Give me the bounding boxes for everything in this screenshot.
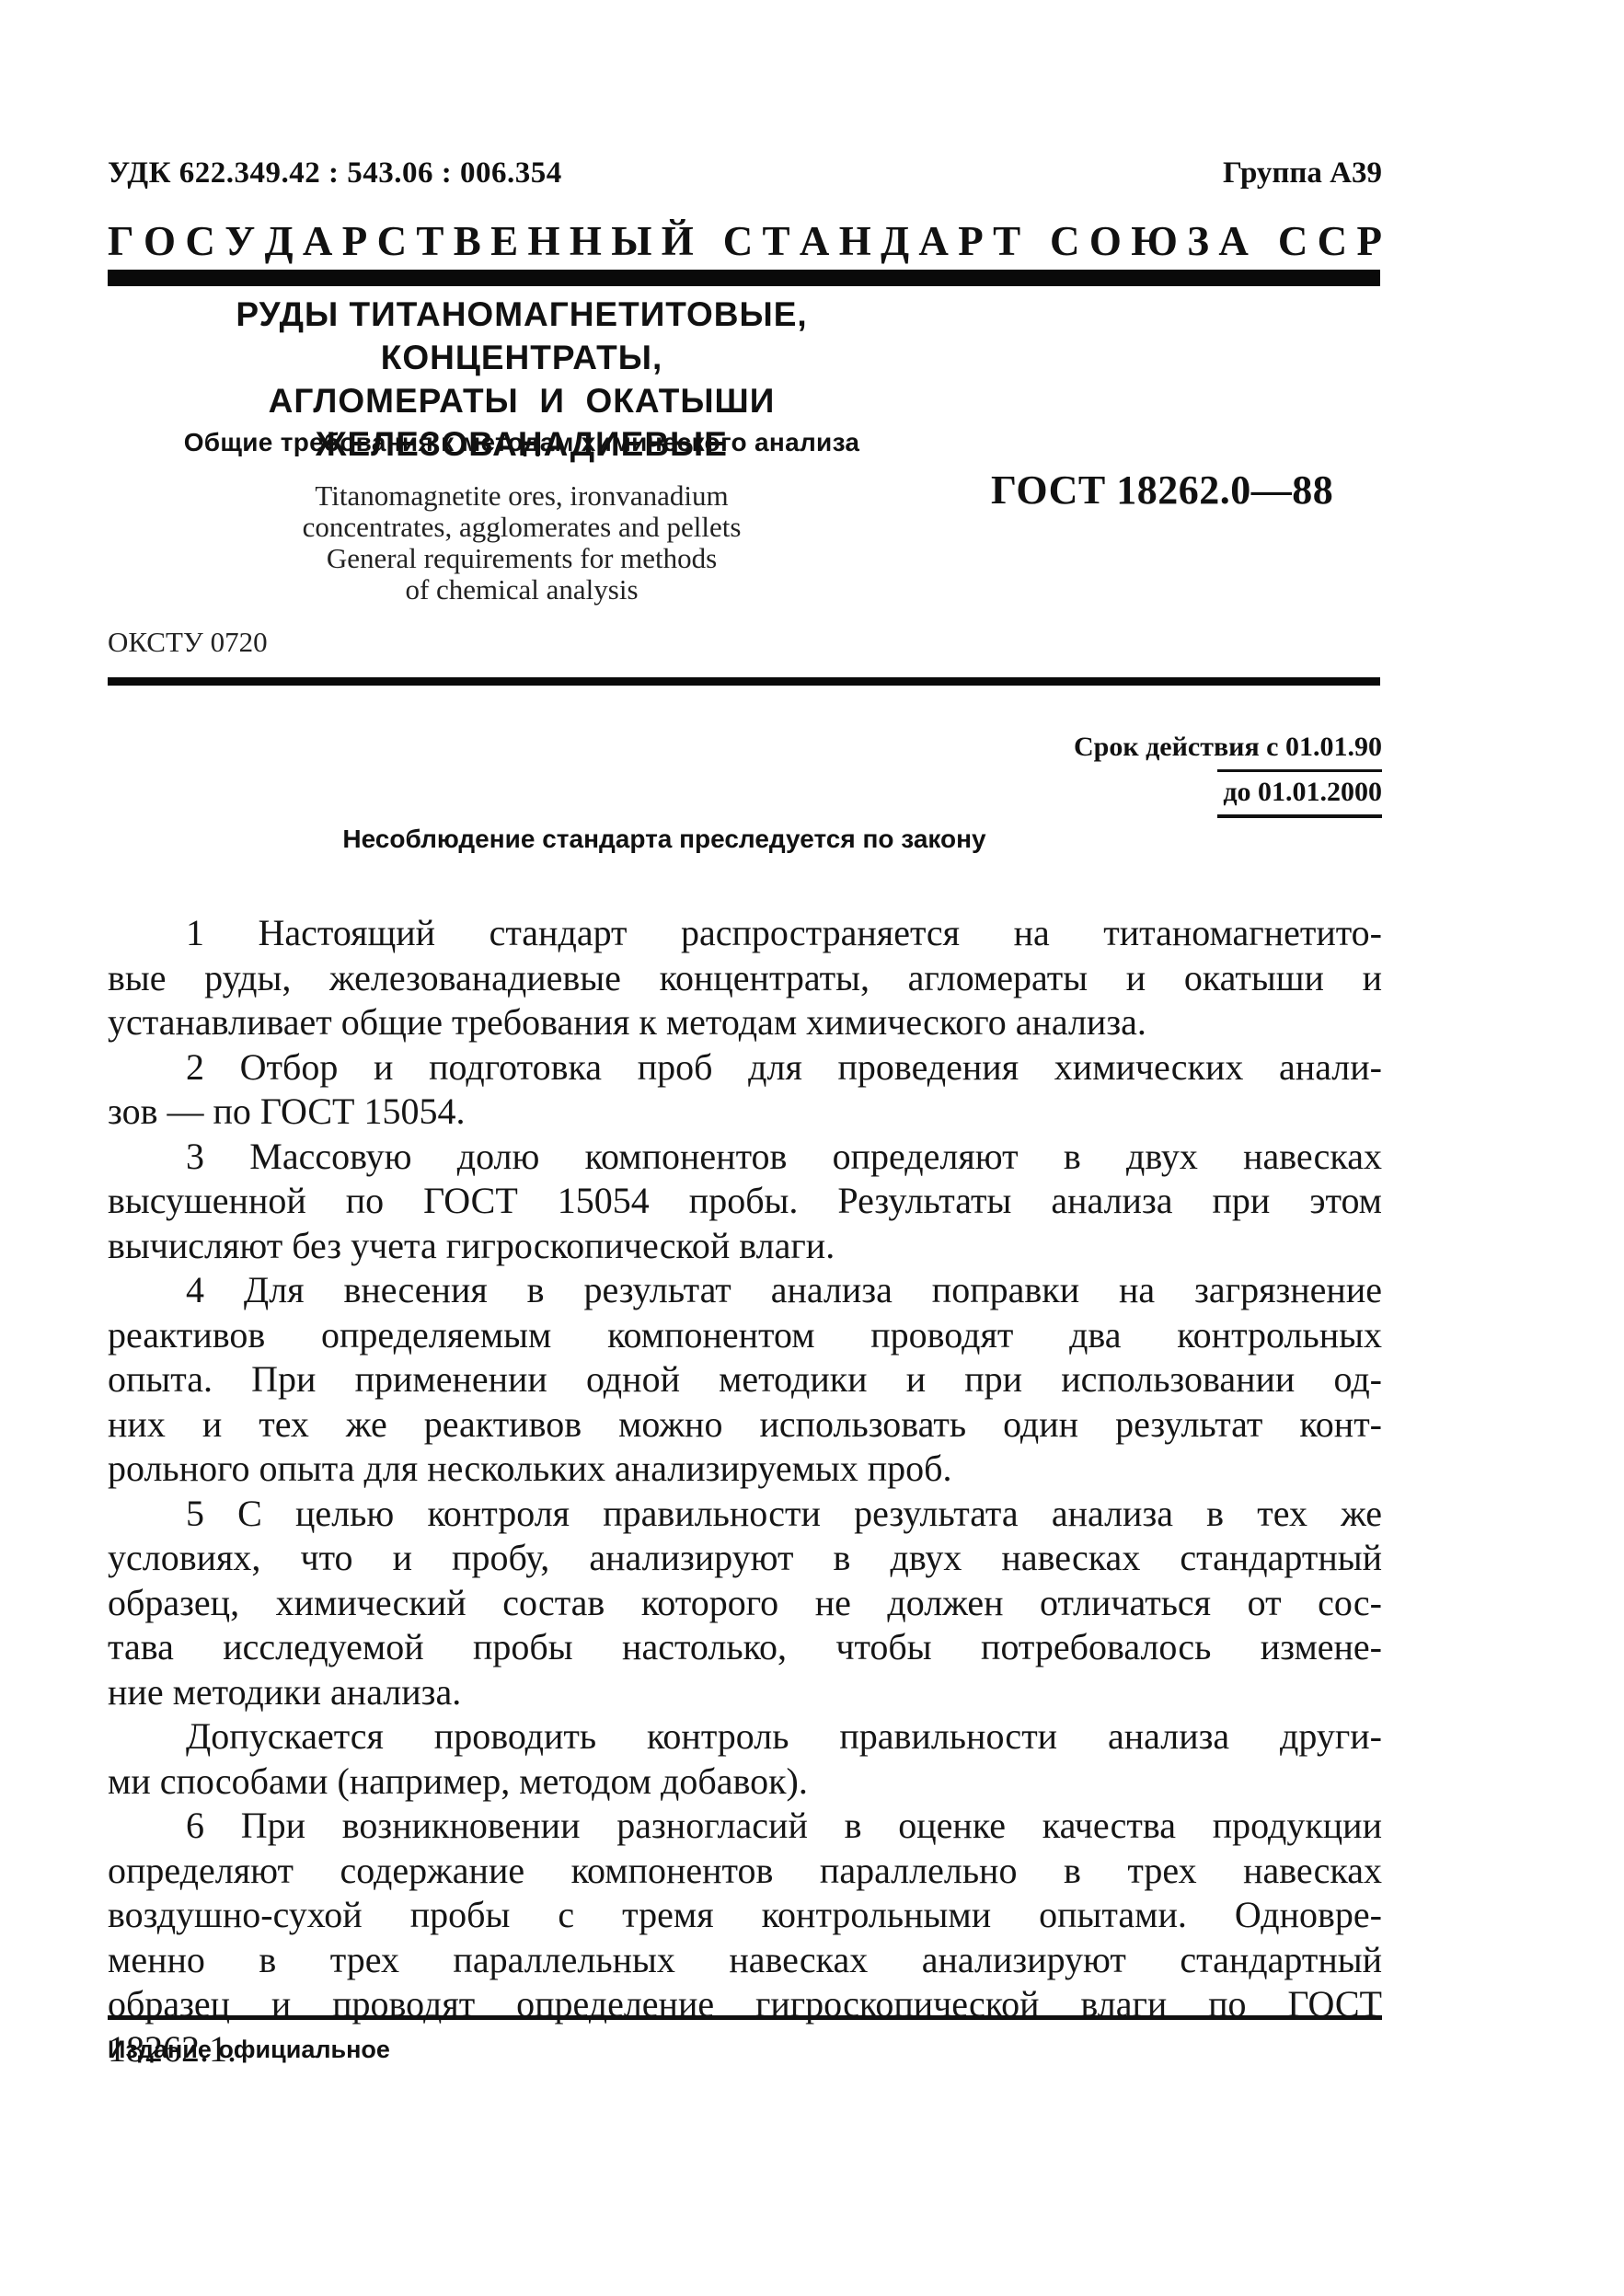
body-line: 2 Отбор и подготовка проб для проведения…	[108, 1045, 1382, 1090]
heading-letter	[703, 217, 713, 265]
english-title-line: of chemical analysis	[108, 574, 936, 606]
heading-letter: З	[1187, 217, 1209, 265]
body-line: менно в трех параллельных навесках анали…	[108, 1938, 1382, 1983]
body-line: рольного опыта для нескольких анализируе…	[108, 1447, 1382, 1492]
state-standard-heading: ГОСУДАРСТВЕННЫЙ СТАНДАРТ СОЮЗА ССР	[108, 217, 1382, 265]
heading-letter: Е	[490, 217, 518, 265]
body-line: 3 Массовую долю компонентов определяют в…	[108, 1135, 1382, 1180]
body-paragraph: 5 С целью контроля правильности результа…	[108, 1492, 1382, 1715]
bottom-rule	[108, 2015, 1382, 2020]
english-title: Titanomagnetite ores, ironvanadium conce…	[108, 480, 936, 606]
heading-letter: А	[303, 217, 333, 265]
body-line: опыта. При применении одной методики и п…	[108, 1357, 1382, 1402]
legal-notice: Несоблюдение стандарта преследуется по з…	[108, 825, 1221, 854]
gost-number: ГОСТ 18262.0—88	[991, 467, 1333, 513]
heading-letter: С	[377, 217, 408, 265]
heading-letter: А	[918, 217, 949, 265]
body-paragraph: Допускается проводить контроль правильно…	[108, 1714, 1382, 1804]
heading-letter: С	[1050, 217, 1080, 265]
okstu-code: ОКСТУ 0720	[108, 626, 268, 659]
heading-letter: Д	[881, 217, 909, 265]
body-line: образец и проводят определение гигроскоп…	[108, 1982, 1382, 2027]
heading-letter: О	[1089, 217, 1122, 265]
heading-letter: А	[1218, 217, 1249, 265]
middle-rule	[108, 677, 1380, 686]
body-line: воздушно-сухой пробы с тремя контрольным…	[108, 1893, 1382, 1938]
body-line: зов — по ГОСТ 15054.	[108, 1090, 1382, 1135]
heading-letter: В	[454, 217, 481, 265]
validity-period: Срок действия с 01.01.90 до 01.01.2000	[1074, 727, 1382, 818]
heading-letter: С	[723, 217, 754, 265]
body-paragraph: 4 Для внесения в результат анализа попра…	[108, 1268, 1382, 1492]
english-title-line: General requirements for methods	[108, 543, 936, 574]
body-line: условиях, что и пробу, анализируют в дву…	[108, 1536, 1382, 1581]
body-line: ние методики анализа.	[108, 1670, 1382, 1715]
body-line: 4 Для внесения в результат анализа попра…	[108, 1268, 1382, 1313]
heading-letter	[1258, 217, 1268, 265]
body-paragraph: 6 При возникновении разногласий в оценке…	[108, 1804, 1382, 2071]
body-line: образец, химический состав которого не д…	[108, 1581, 1382, 1626]
heading-letter: Т	[416, 217, 443, 265]
body-line: ми способами (например, методом добавок)…	[108, 1759, 1382, 1805]
group-code: Группа А39	[1223, 156, 1382, 190]
body-line: вые руды, железованадиевые концентраты, …	[108, 956, 1382, 1001]
body-line: Допускается проводить контроль правильно…	[108, 1714, 1382, 1759]
top-thick-rule	[108, 270, 1380, 286]
heading-letter: Ю	[1131, 217, 1178, 265]
heading-letter: Н	[527, 217, 559, 265]
body-line: 1 Настоящий стандарт распространяется на…	[108, 911, 1382, 956]
heading-letter: Т	[993, 217, 1020, 265]
document-subtitle: Общие требования к методам химического а…	[108, 428, 936, 457]
validity-to: до 01.01.2000	[1217, 769, 1382, 818]
heading-letter: Ы	[611, 217, 651, 265]
heading-letter: С	[185, 217, 215, 265]
document-page: УДК 622.349.42 : 543.06 : 006.354 Группа…	[108, 0, 1382, 2296]
edition-label: Издание официальное	[108, 2036, 390, 2064]
heading-letter: Н	[839, 217, 871, 265]
heading-letter: А	[800, 217, 830, 265]
heading-letter: Д	[265, 217, 294, 265]
heading-letter: О	[144, 217, 176, 265]
heading-letter: Й	[662, 217, 694, 265]
heading-letter	[1030, 217, 1040, 265]
english-title-line: Titanomagnetite ores, ironvanadium	[108, 480, 936, 512]
body-line: определяют содержание компонентов паралл…	[108, 1849, 1382, 1894]
body-line: высушенной по ГОСТ 15054 пробы. Результа…	[108, 1179, 1382, 1224]
body-line: 6 При возникновении разногласий в оценке…	[108, 1804, 1382, 1849]
heading-letter: Г	[108, 217, 134, 265]
title-line: РУДЫ ТИТАНОМАГНЕТИТОВЫЕ, КОНЦЕНТРАТЫ,	[108, 293, 936, 379]
heading-letter: Т	[763, 217, 790, 265]
body-paragraph: 1 Настоящий стандарт распространяется на…	[108, 911, 1382, 1045]
body-line: вычисляют без учета гигроскопической вла…	[108, 1224, 1382, 1269]
heading-letter: С	[1278, 217, 1308, 265]
body-text: 1 Настоящий стандарт распространяется на…	[108, 911, 1382, 2071]
title-line: АГЛОМЕРАТЫ И ОКАТЫШИ	[108, 379, 936, 422]
body-paragraph: 2 Отбор и подготовка проб для проведения…	[108, 1045, 1382, 1135]
english-title-line: concentrates, agglomerates and pellets	[108, 512, 936, 543]
udk-code: УДК 622.349.42 : 543.06 : 006.354	[108, 156, 562, 190]
body-paragraph: 3 Массовую долю компонентов определяют в…	[108, 1135, 1382, 1269]
heading-letter: Н	[570, 217, 602, 265]
heading-letter: Р	[958, 217, 984, 265]
heading-letter: У	[225, 217, 255, 265]
body-line: 5 С целью контроля правильности результа…	[108, 1492, 1382, 1537]
validity-from: Срок действия с 01.01.90	[1074, 727, 1382, 767]
heading-letter: С	[1318, 217, 1348, 265]
body-line: тава исследуемой пробы настолько, чтобы …	[108, 1625, 1382, 1670]
heading-letter: Р	[1357, 217, 1383, 265]
body-line: реактивов определяемым компонентом прово…	[108, 1313, 1382, 1358]
heading-letter: Р	[342, 217, 368, 265]
body-line: устанавливает общие требования к методам…	[108, 1000, 1382, 1045]
body-line: них и тех же реактивов можно использоват…	[108, 1402, 1382, 1448]
